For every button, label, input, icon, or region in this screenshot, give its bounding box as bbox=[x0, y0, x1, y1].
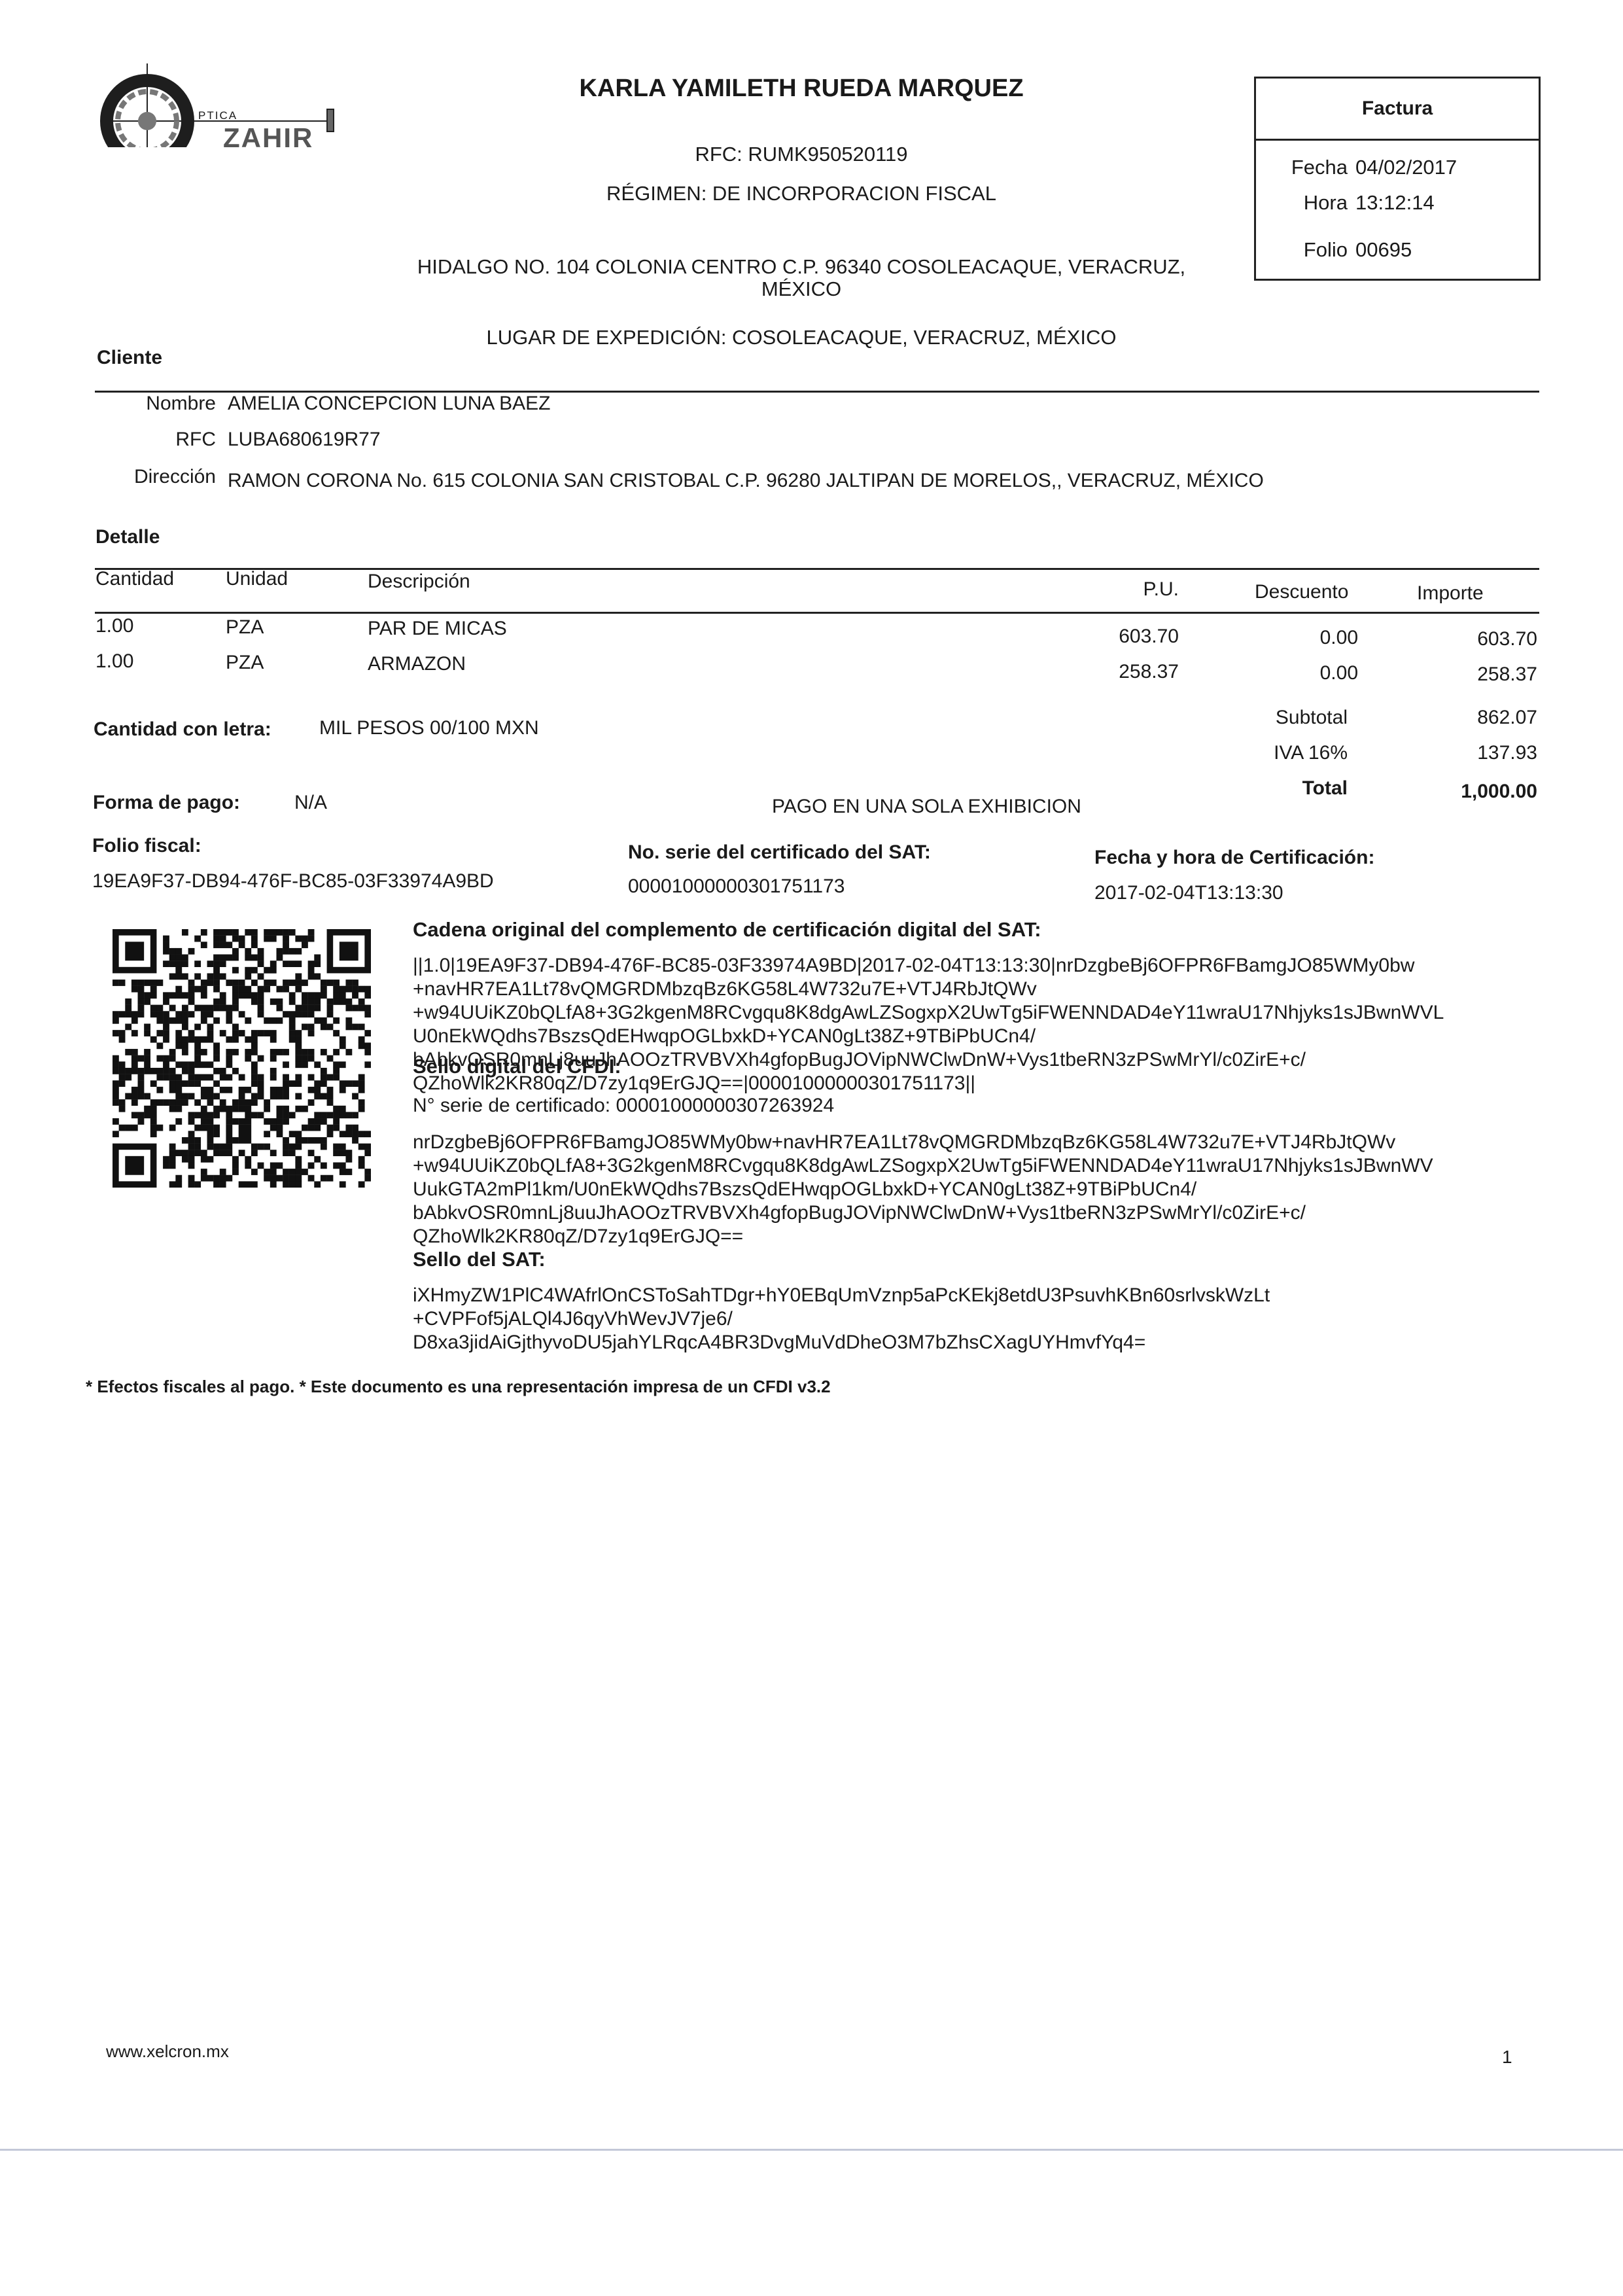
folio-value: 00695 bbox=[1355, 238, 1412, 261]
footer-website[interactable]: www.xelcron.mx bbox=[106, 2041, 229, 2062]
folio-fiscal-value: 19EA9F37-DB94-476F-BC85-03F33974A9BD bbox=[92, 870, 494, 892]
cell-unidad: PZA bbox=[226, 616, 264, 639]
sello-cfdi-title: Sello digital del CFDI: bbox=[413, 1055, 621, 1078]
text-line: D8xa3jidAiGjthyvoDU5jahYLRqcA4BR3DvgMuVd… bbox=[413, 1331, 1270, 1354]
cell-pu: 258.37 bbox=[1047, 661, 1179, 683]
subtotal-value: 862.07 bbox=[1374, 707, 1537, 729]
metodo-pago: PAGO EN UNA SOLA EXHIBICION bbox=[772, 796, 1081, 818]
sello-cfdi-text: nrDzgbeBj6OFPR6FBamgJO85WMy0bw+navHR7EA1… bbox=[413, 1131, 1433, 1248]
direccion-label: Dirección bbox=[85, 466, 216, 488]
text-line: nrDzgbeBj6OFPR6FBamgJO85WMy0bw+navHR7EA1… bbox=[413, 1131, 1433, 1154]
cadena-title: Cadena original del complemento de certi… bbox=[413, 918, 1041, 942]
rfc-value: LUBA680619R77 bbox=[228, 429, 381, 451]
factura-box: Factura Fecha04/02/2017 Hora13:12:14 Fol… bbox=[1254, 77, 1541, 281]
optica-zahir-logo: PTICA ZAHIR bbox=[95, 62, 343, 147]
direccion-value: RAMON CORONA No. 615 COLONIA SAN CRISTOB… bbox=[228, 470, 1264, 492]
cell-importe: 603.70 bbox=[1374, 628, 1537, 650]
sello-sat-title: Sello del SAT: bbox=[413, 1248, 546, 1271]
folio-fiscal-label: Folio fiscal: bbox=[92, 835, 201, 857]
iva-label: IVA 16% bbox=[1178, 742, 1348, 764]
text-line: +w94UUiKZ0bQLfA8+3G2kgenM8RCvgqu8K8dgAwL… bbox=[413, 1154, 1433, 1178]
cantidad-letra-value: MIL PESOS 00/100 MXN bbox=[319, 717, 539, 739]
factura-hora: Hora13:12:14 bbox=[1276, 191, 1435, 215]
text-line: U0nEkWQdhs7BszsQdEHwqpOGLbxkD+YCAN0gLt38… bbox=[413, 1025, 1444, 1048]
forma-pago-value: N/A bbox=[294, 792, 327, 814]
text-line: UukGTA2mPl1km/U0nEkWQdhs7BszsQdEHwqpOGLb… bbox=[413, 1178, 1433, 1201]
issuer-address-line1: HIDALGO NO. 104 COLONIA CENTRO C.P. 9634… bbox=[366, 255, 1236, 279]
detalle-header-bottom-divider bbox=[95, 612, 1539, 614]
logo-brand-small: PTICA bbox=[198, 109, 237, 122]
text-line: QZhoWlk2KR80qZ/D7zy1q9ErGJQ== bbox=[413, 1225, 1433, 1248]
cell-descuento: 0.00 bbox=[1230, 627, 1358, 649]
fecha-cert-value: 2017-02-04T13:13:30 bbox=[1094, 882, 1283, 904]
sello-sat-text: iXHmyZW1PlC4WAfrlOnCSToSahTDgr+hY0EBqUmV… bbox=[413, 1284, 1270, 1354]
page-number: 1 bbox=[1502, 2047, 1512, 2068]
text-line: iXHmyZW1PlC4WAfrlOnCSToSahTDgr+hY0EBqUmV… bbox=[413, 1284, 1270, 1307]
cantidad-letra-label: Cantidad con letra: bbox=[94, 718, 271, 741]
total-value: 1,000.00 bbox=[1374, 781, 1537, 803]
cell-cantidad: 1.00 bbox=[96, 650, 133, 673]
issuer-name: KARLA YAMILETH RUEDA MARQUEZ bbox=[366, 75, 1236, 103]
issuer-regimen: RÉGIMEN: DE INCORPORACION FISCAL bbox=[366, 182, 1236, 205]
cell-descuento: 0.00 bbox=[1230, 662, 1358, 684]
lugar-expedicion: LUGAR DE EXPEDICIÓN: COSOLEACAQUE, VERAC… bbox=[366, 326, 1236, 349]
header-descripcion: Descripción bbox=[368, 571, 470, 593]
cell-pu: 603.70 bbox=[1047, 626, 1179, 648]
factura-folio: Folio00695 bbox=[1276, 238, 1412, 262]
total-label: Total bbox=[1178, 777, 1348, 800]
sello-cfdi-serie: N° serie de certificado: 000010000003072… bbox=[413, 1095, 834, 1117]
fecha-value: 04/02/2017 bbox=[1355, 156, 1457, 179]
issuer-address-line2: MÉXICO bbox=[366, 277, 1236, 301]
detalle-section-title: Detalle bbox=[96, 526, 160, 548]
serie-sat-label: No. serie del certificado del SAT: bbox=[628, 841, 931, 864]
logo-brand-large: ZAHIR bbox=[223, 122, 313, 154]
qr-code-icon bbox=[113, 929, 371, 1188]
subtotal-label: Subtotal bbox=[1178, 707, 1348, 729]
text-line: bAbkvOSR0mnLj8uuJhAOOzTRVBVXh4gfopBugJOV… bbox=[413, 1201, 1433, 1225]
header-importe: Importe bbox=[1417, 582, 1484, 605]
scan-edge-line bbox=[0, 2149, 1623, 2151]
issuer-rfc: RFC: RUMK950520119 bbox=[366, 143, 1236, 166]
header-descuento: Descuento bbox=[1255, 581, 1348, 603]
detalle-header-top-divider bbox=[95, 568, 1539, 570]
factura-fecha: Fecha04/02/2017 bbox=[1276, 156, 1457, 179]
rfc-label: RFC bbox=[85, 429, 216, 451]
factura-title: Factura bbox=[1256, 79, 1539, 141]
cell-unidad: PZA bbox=[226, 652, 264, 674]
cell-importe: 258.37 bbox=[1374, 663, 1537, 686]
header-unidad: Unidad bbox=[226, 568, 288, 590]
text-line: +w94UUiKZ0bQLfA8+3G2kgenM8RCvgqu8K8dgAwL… bbox=[413, 1001, 1444, 1025]
text-line: ||1.0|19EA9F37-DB94-476F-BC85-03F33974A9… bbox=[413, 954, 1444, 978]
text-line: +CVPFof5jALQl4J6qyVhWevJV7je6/ bbox=[413, 1307, 1270, 1331]
cell-cantidad: 1.00 bbox=[96, 615, 133, 637]
serie-sat-value: 00001000000301751173 bbox=[628, 875, 845, 898]
cell-descripcion: PAR DE MICAS bbox=[368, 618, 507, 640]
header-pu: P.U. bbox=[1047, 578, 1179, 601]
forma-pago-label: Forma de pago: bbox=[93, 792, 240, 814]
fecha-cert-label: Fecha y hora de Certificación: bbox=[1094, 847, 1374, 869]
footer-notice: * Efectos fiscales al pago. * Este docum… bbox=[86, 1377, 831, 1397]
header-cantidad: Cantidad bbox=[96, 568, 174, 590]
iva-value: 137.93 bbox=[1374, 742, 1537, 764]
nombre-value: AMELIA CONCEPCION LUNA BAEZ bbox=[228, 393, 550, 415]
text-line: +navHR7EA1Lt78vQMGRDMbzqBz6KG58L4W732u7E… bbox=[413, 978, 1444, 1001]
hora-value: 13:12:14 bbox=[1355, 191, 1435, 214]
cliente-section-title: Cliente bbox=[97, 347, 162, 369]
nombre-label: Nombre bbox=[85, 393, 216, 415]
cell-descripcion: ARMAZON bbox=[368, 653, 466, 675]
